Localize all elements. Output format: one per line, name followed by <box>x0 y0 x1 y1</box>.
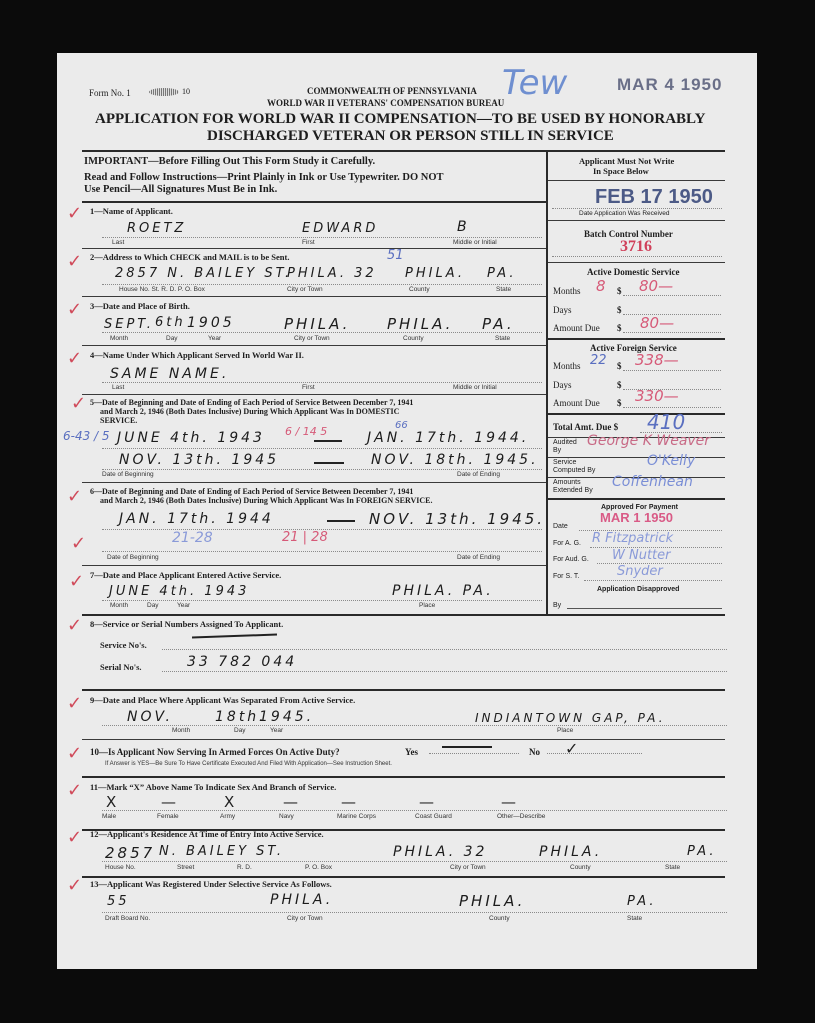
s5-period-1-end[interactable]: JAN. 17th. 1944. <box>367 430 529 446</box>
s9-year[interactable]: 1945. <box>259 709 314 725</box>
s7-place[interactable]: PHILA. PA. <box>392 583 494 599</box>
check-mark-icon: ✓ <box>67 615 82 636</box>
field-line <box>102 551 542 552</box>
form-number: Form No. 1 <box>89 88 131 98</box>
field-line <box>102 448 542 449</box>
currency: $ <box>617 286 622 296</box>
s5-label: 5—Date of Beginning and Date of Ending o… <box>90 398 413 425</box>
field-line <box>623 370 721 371</box>
divider <box>82 776 725 778</box>
s7-date[interactable]: JUNE 4th. 1943 <box>109 584 249 599</box>
field-line <box>102 600 542 601</box>
divider <box>82 248 546 249</box>
s12-city[interactable]: PHILA. 32 <box>393 844 487 860</box>
s12-state[interactable]: PA. <box>687 844 716 859</box>
field-line <box>102 237 542 238</box>
caption: City or Town <box>287 286 323 293</box>
s6-note-blue: 21-28 <box>172 530 213 546</box>
st-signature: Snyder <box>617 564 663 579</box>
extended-signature: Coffenhean <box>612 474 693 490</box>
caption: City or Town <box>450 864 486 871</box>
dash <box>314 462 344 464</box>
caption: Date of Beginning <box>102 471 154 478</box>
caption: Month <box>110 602 128 609</box>
s5-end-note: 66 <box>395 420 408 431</box>
caption: Day <box>166 335 178 342</box>
caption: Month <box>110 335 128 342</box>
org-line-1: COMMONWEALTH OF PENNSYLVANIA <box>307 86 477 96</box>
caption: Year <box>270 727 283 734</box>
divider <box>82 689 725 691</box>
ag-signature: R Fitzpatrick <box>592 531 673 546</box>
s11-option-label: Coast Guard <box>415 813 452 820</box>
s6-period-1-begin[interactable]: JAN. 17th. 1944 <box>119 511 274 527</box>
divider <box>82 739 725 740</box>
caption: County <box>570 864 591 871</box>
caption: Last <box>112 384 124 391</box>
s11-option-label: Other—Describe <box>497 813 545 820</box>
s3-year[interactable]: 1905 <box>187 315 235 331</box>
s3-county[interactable]: PHILA. <box>387 315 453 333</box>
s2-label: 2—Address to Which CHECK and MAIL is to … <box>90 252 289 262</box>
domestic-months-label: Months <box>553 286 581 296</box>
s10-note: If Answer is YES—Be Sure To Have Certifi… <box>105 761 392 767</box>
by-field[interactable] <box>567 608 722 609</box>
s1-middle-initial[interactable]: B <box>457 219 470 235</box>
divider <box>548 262 725 263</box>
foreign-months-amount: 338— <box>635 351 679 369</box>
check-mark-icon: ✓ <box>67 693 82 714</box>
total-value: 410 <box>647 410 685 434</box>
s9-month[interactable]: NOV. <box>127 709 173 725</box>
domestic-heading: Active Domestic Service <box>587 267 679 277</box>
s11-option-label: Marine Corps <box>337 813 376 820</box>
caption: Month <box>172 727 190 734</box>
caption: Place <box>419 602 435 609</box>
signature-initials: Tew <box>502 63 567 103</box>
stamp-date-mar4: MAR 4 1950 <box>617 75 722 95</box>
s8-serial-label: Serial No's. <box>100 662 142 672</box>
computed-signature: O'Kelly <box>647 453 695 469</box>
st-label: For S. T. <box>553 573 579 581</box>
s11-mark-army[interactable]: X <box>224 793 234 811</box>
caption: Date of Beginning <box>107 554 159 561</box>
instructions-line-2: Read and Follow Instructions—Print Plain… <box>84 172 444 183</box>
caption: Middle or Initial <box>453 239 497 246</box>
s11-option-label: Navy <box>279 813 294 820</box>
s10-yes-field[interactable] <box>429 753 519 754</box>
s5-margin-note: 6-43 / 5 <box>63 429 110 443</box>
caption: P. O. Box <box>305 864 332 871</box>
check-mark-icon: ✓ <box>67 203 82 224</box>
instructions-line-3: Use Pencil—All Signatures Must Be in Ink… <box>84 184 277 195</box>
audg-label: For Aud. G. <box>553 556 589 564</box>
s2-state[interactable]: PA. <box>487 266 516 281</box>
s9-place[interactable]: INDIANTOWN GAP, PA. <box>475 711 666 725</box>
currency: $ <box>617 305 622 315</box>
ag-label: For A. G. <box>553 540 581 548</box>
caption: Date of Ending <box>457 471 500 478</box>
s12-label: 12—Applicant's Residence At Time of Entr… <box>90 829 324 839</box>
caption: County <box>489 915 510 922</box>
field-line <box>162 649 727 650</box>
foreign-months-value: 22 <box>590 353 607 368</box>
s5-label-line-1: 5—Date of Beginning and Date of Ending o… <box>90 398 413 407</box>
received-date-stamp: FEB 17 1950 <box>595 186 713 209</box>
field-line <box>623 407 721 408</box>
s11-option-label: Army <box>220 813 235 820</box>
s5-period-2-begin[interactable]: NOV. 13th. 1945 <box>119 452 279 468</box>
s6-label: 6—Date of Beginning and Date of Ending o… <box>90 487 432 505</box>
audg-signature: W Nutter <box>612 548 671 563</box>
field-line <box>552 256 722 257</box>
divider <box>82 296 546 297</box>
s4-name[interactable]: SAME NAME. <box>110 366 229 382</box>
batch-number: 3716 <box>620 238 652 256</box>
s11-mark-marine-corps[interactable]: — <box>341 793 356 811</box>
check-mark-icon: ✓ <box>67 743 82 764</box>
divider <box>548 338 725 340</box>
divider <box>82 201 546 203</box>
dash <box>314 440 342 442</box>
s11-mark-male[interactable]: X <box>106 793 116 811</box>
s11-option-label: Female <box>157 813 179 820</box>
s2-street[interactable]: 2857 N. BAILEY ST. <box>115 266 292 281</box>
s5-label-line-3: SERVICE. <box>90 416 137 425</box>
field-line <box>102 810 727 811</box>
caption: City or Town <box>287 915 323 922</box>
caption: Last <box>112 239 124 246</box>
check-mark-icon: ✓ <box>67 780 82 801</box>
s11-mark-other-describe[interactable]: — <box>501 793 516 811</box>
domestic-due-label: Amount Due <box>553 323 600 333</box>
domestic-due-amount: 80— <box>640 314 674 332</box>
s8-service-strike <box>192 634 277 639</box>
caption: House No. St. R. D. P. O. Box <box>119 286 205 293</box>
check-mark-icon: ✓ <box>67 299 82 320</box>
field-line <box>102 912 727 913</box>
s3-label: 3—Date and Place of Birth. <box>90 301 190 311</box>
caption: Draft Board No. <box>105 915 150 922</box>
divider <box>82 345 546 346</box>
s5-label-line-2: and March 2, 1946 (Both Dates Inclusive)… <box>90 407 399 416</box>
s13-city[interactable]: PHILA. <box>270 892 333 908</box>
audited-label: Audited By <box>553 439 583 455</box>
caption: First <box>302 239 315 246</box>
s6-note-red: 21 | 28 <box>282 530 328 545</box>
foreign-due-amount: 330— <box>635 387 679 405</box>
s11-label: 11—Mark “X” Above Name To Indicate Sex A… <box>90 782 336 792</box>
s5-calc-note: 6 / 14 5 <box>285 425 327 438</box>
s10-label: 10—Is Applicant Now Serving In Armed For… <box>90 747 340 757</box>
divider <box>82 565 546 566</box>
s13-county[interactable]: PHILA. <box>459 892 525 910</box>
computed-label: Service Computed By <box>553 459 603 475</box>
office-heading-2: In Space Below <box>593 166 649 176</box>
caption: Day <box>234 727 246 734</box>
s8-service-label: Service No's. <box>100 640 147 650</box>
caption: County <box>403 335 424 342</box>
s8-serial-value[interactable]: 33 782 044 <box>187 654 297 670</box>
received-caption: Date Application Was Received <box>579 210 669 217</box>
field-line <box>102 469 542 470</box>
divider <box>548 220 725 221</box>
s6-period-1-end[interactable]: NOV. 13th. 1945. <box>369 510 545 528</box>
s10-no-field[interactable] <box>547 753 642 754</box>
divider <box>548 413 725 415</box>
s1-label: 1—Name of Applicant. <box>90 206 173 216</box>
s2-county[interactable]: PHILA. <box>405 266 465 281</box>
currency: $ <box>617 398 622 408</box>
foreign-days-label: Days <box>553 380 572 390</box>
audited-signature: George K Weaver <box>587 433 710 449</box>
check-mark-icon: ✓ <box>67 486 82 507</box>
caption: State <box>627 915 642 922</box>
s13-label: 13—Applicant Was Registered Under Select… <box>90 879 332 889</box>
field-line <box>102 332 542 333</box>
s11-option-label: Male <box>102 813 116 820</box>
s5-period-1-begin[interactable]: JUNE 4th. 1943 <box>117 430 265 446</box>
field-line <box>102 382 542 383</box>
divider <box>548 180 725 181</box>
field-line <box>102 725 727 726</box>
caption: House No. <box>105 864 136 871</box>
form-code-glyph <box>149 88 179 96</box>
s5-period-2-end[interactable]: NOV. 18th. 1945. <box>371 452 539 468</box>
caption: R. D. <box>237 864 252 871</box>
check-mark-icon: ✓ <box>69 571 84 592</box>
currency: $ <box>617 380 622 390</box>
date-label: Date <box>553 523 568 531</box>
caption: City or Town <box>294 335 330 342</box>
field-line <box>623 295 721 296</box>
foreign-due-label: Amount Due <box>553 398 600 408</box>
divider <box>82 482 546 483</box>
caption: County <box>409 286 430 293</box>
divider <box>82 876 725 878</box>
title-line-1: APPLICATION FOR WORLD WAR II COMPENSATIO… <box>95 111 706 128</box>
divider <box>548 498 725 500</box>
caption: Day <box>147 602 159 609</box>
s10-yes-strike <box>442 746 492 748</box>
approved-stamp: MAR 1 1950 <box>600 510 673 525</box>
caption: Date of Ending <box>457 554 500 561</box>
check-mark-icon: ✓ <box>71 393 86 414</box>
divider <box>82 394 546 395</box>
s12-county[interactable]: PHILA. <box>539 844 602 860</box>
instructions-line-1: IMPORTANT—Before Filling Out This Form S… <box>84 156 375 167</box>
check-mark-icon: ✓ <box>71 533 86 554</box>
s6-label-line-1: 6—Date of Beginning and Date of Ending o… <box>90 487 413 496</box>
check-mark-icon: ✓ <box>67 348 82 369</box>
s3-day[interactable]: 6th <box>155 315 186 330</box>
divider <box>82 150 725 152</box>
s2-city[interactable]: PHILA. 32 <box>287 266 377 281</box>
disapproved-heading: Application Disapproved <box>597 586 679 594</box>
check-mark-icon: ✓ <box>67 875 82 896</box>
field-line <box>623 332 721 333</box>
caption: Place <box>557 727 573 734</box>
domestic-days-label: Days <box>553 305 572 315</box>
s11-mark-female[interactable]: — <box>161 793 176 811</box>
foreign-months-label: Months <box>553 361 581 371</box>
s10-no-checkmark-icon: ✓ <box>565 739 578 759</box>
org-line-2: WORLD WAR II VETERANS' COMPENSATION BURE… <box>267 98 504 108</box>
caption: State <box>495 335 510 342</box>
title-line-2: DISCHARGED VETERAN OR PERSON STILL IN SE… <box>207 128 614 145</box>
s12-street[interactable]: N. BAILEY ST. <box>159 844 284 859</box>
caption: Year <box>208 335 221 342</box>
caption: Street <box>177 864 194 871</box>
currency: $ <box>617 323 622 333</box>
s3-city[interactable]: PHILA. <box>284 315 350 333</box>
office-heading-1: Applicant Must Not Write <box>579 156 674 166</box>
check-mark-icon: ✓ <box>67 251 82 272</box>
s3-state[interactable]: PA. <box>482 315 515 333</box>
domestic-months-value: 8 <box>596 277 606 295</box>
currency: $ <box>617 361 622 371</box>
s1-last-name[interactable]: ROETZ <box>127 221 186 236</box>
caption: First <box>302 384 315 391</box>
total-label: Total Amt. Due $ <box>553 422 618 432</box>
s9-label: 9—Date and Place Where Applicant Was Sep… <box>90 695 355 705</box>
field-line <box>552 208 722 209</box>
s13-board[interactable]: 55 <box>107 894 130 909</box>
s3-month[interactable]: SEPT. <box>104 317 154 332</box>
caption: State <box>665 864 680 871</box>
extended-label: Amounts Extended By <box>553 479 603 495</box>
divider <box>82 614 725 616</box>
divider <box>548 457 725 458</box>
check-mark-icon: ✓ <box>67 827 82 848</box>
field-line <box>102 861 727 862</box>
field-line <box>584 580 722 581</box>
application-form: Form No. 1 10 COMMONWEALTH OF PENNSYLVAN… <box>57 53 757 969</box>
domestic-months-amount: 80— <box>639 277 673 295</box>
s6-label-line-2: and March 2, 1946 (Both Dates Inclusive)… <box>90 496 432 505</box>
s10-yes-label: Yes <box>405 747 418 757</box>
s13-state[interactable]: PA. <box>627 894 656 909</box>
by-label: By <box>553 602 561 610</box>
form-code-suffix: 10 <box>182 87 190 96</box>
s11-mark-navy[interactable]: — <box>283 793 298 811</box>
s2-annotation: 51 <box>387 248 404 263</box>
caption: Middle or Initial <box>453 384 497 391</box>
s8-label: 8—Service or Serial Numbers Assigned To … <box>90 619 283 629</box>
caption: State <box>496 286 511 293</box>
s12-house[interactable]: 2857 <box>105 844 155 862</box>
s11-mark-coast-guard[interactable]: — <box>419 793 434 811</box>
dash <box>327 520 355 522</box>
s7-label: 7—Date and Place Applicant Entered Activ… <box>90 570 281 580</box>
caption: Year <box>177 602 190 609</box>
field-line <box>102 284 542 285</box>
s4-label: 4—Name Under Which Applicant Served In W… <box>90 350 304 360</box>
field-line <box>162 671 727 672</box>
s1-first-name[interactable]: EDWARD <box>302 221 378 236</box>
s10-no-label: No <box>529 747 540 757</box>
